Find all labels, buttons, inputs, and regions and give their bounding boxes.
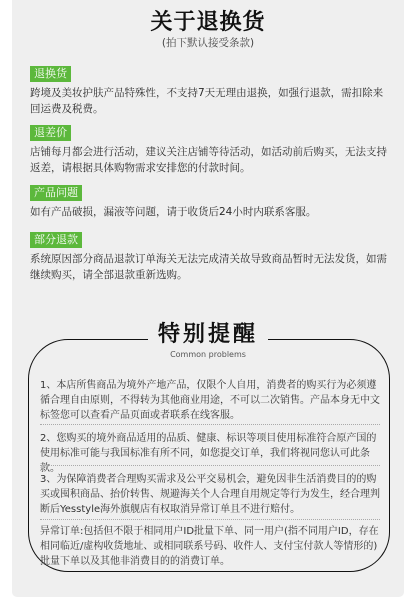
page-title: 关于退换货 bbox=[0, 10, 416, 36]
reminder-item-2: 2、您购买的境外商品适用的品质、健康、标识等项目使用标准符合原产国的使用标准可能… bbox=[40, 431, 380, 476]
reminder-subtitle: Common problems bbox=[0, 350, 416, 360]
reminder-item-1: 1、本店所售商品为境外产地产品，仅限个人自用，消费者的购买行为必须遵循合理自由原… bbox=[40, 378, 380, 423]
section-price-difference: 退差价 店铺每月都会进行活动，建议关注店铺等待活动，如活动前后购买，无法支持返差… bbox=[30, 121, 390, 176]
section-tag: 退换货 bbox=[30, 66, 71, 82]
dotted-divider bbox=[40, 424, 380, 425]
section-text: 店铺每月都会进行活动，建议关注店铺等待活动，如活动前后购买，无法支持返差，请根据… bbox=[30, 144, 390, 176]
section-text: 跨境及美妆护肤产品特殊性，不支持7天无理由退换，如强行退款，需扣除来回运费及税费… bbox=[30, 85, 390, 117]
page-subtitle: (拍下默认接受条款) bbox=[0, 36, 416, 50]
section-tag: 退差价 bbox=[30, 125, 71, 141]
dotted-divider bbox=[40, 465, 380, 466]
section-text: 如有产品破损，漏液等问题，请于收货后24小时内联系客服。 bbox=[30, 204, 390, 220]
section-tag: 产品问题 bbox=[30, 185, 82, 201]
dotted-divider bbox=[40, 519, 380, 520]
section-partial-refund: 部分退款 系统原因部分商品退款订单海关无法完成清关故导致商品暂时无法发货，如需继… bbox=[30, 228, 390, 283]
reminder-item-3: 3、为保障消费者合理购买需求及公平交易机会，避免因非生活消费目的的购买或囤积商品… bbox=[40, 472, 380, 517]
section-tag: 部分退款 bbox=[30, 232, 82, 248]
section-text: 系统原因部分商品退款订单海关无法完成清关故导致商品暂时无法发货，如需继续购买，请… bbox=[30, 251, 390, 283]
section-return-exchange: 退换货 跨境及美妆护肤产品特殊性，不支持7天无理由退换，如强行退款，需扣除来回运… bbox=[30, 62, 390, 117]
reminder-abnormal-orders: 异常订单:包括但不限于相同用户ID批量下单、同一用户(指不同用户ID，存在相同临… bbox=[40, 524, 380, 569]
reminder-title: 特别提醒 bbox=[0, 322, 416, 348]
section-product-issues: 产品问题 如有产品破损，漏液等问题，请于收货后24小时内联系客服。 bbox=[30, 181, 390, 220]
